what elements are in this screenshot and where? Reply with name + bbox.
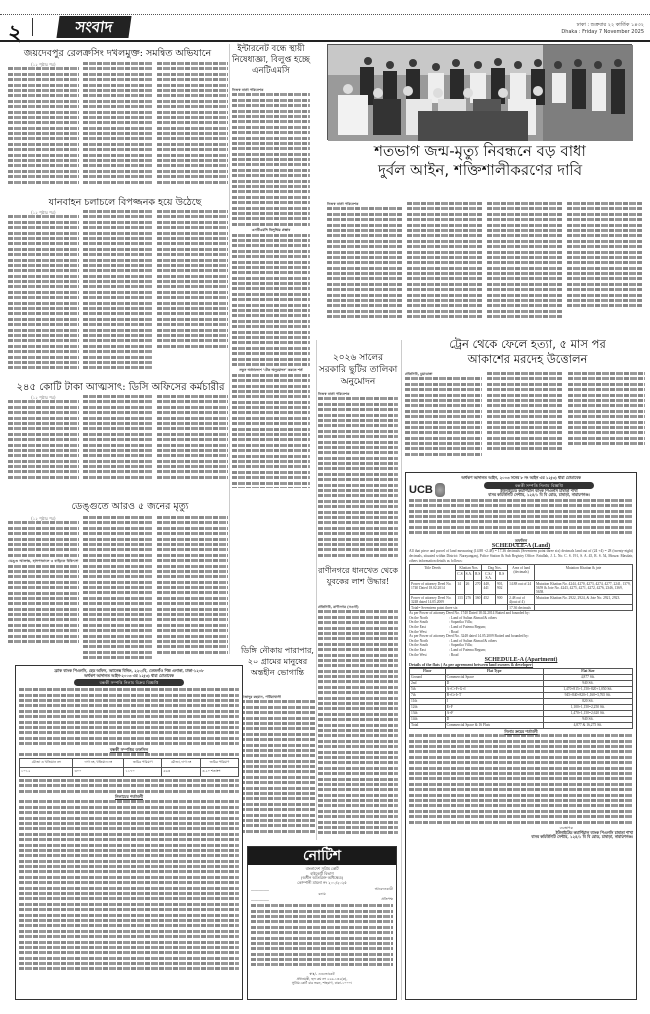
table-cell: 26 [464,581,473,595]
boundary-list: On the North: Land of Sultan Ahmad & oth… [409,639,633,657]
date-bangla: ঢাকা : শুক্রবার ২২ কার্তিক ১৪৩২ [561,22,644,29]
headline-rani: রাণীনগরে ধানখেত থেকে যুবকের লাশ উদ্ধার! [318,565,398,587]
signatory-address: বাসর কমিউনিটি সেন্টার, ১২৫/১ বি বি রোড, … [409,835,633,840]
text-column [487,372,564,464]
text-column [407,202,482,327]
notice-law: অর্থঋণ আদালত আইন-২০০৩ এর ১২(৩) ধারা মোতা… [19,674,239,679]
text-column [157,516,228,666]
text-column: নিজস্ব বার্তা পরিবেশক [327,202,402,327]
headline-line-1: ট্রেন থেকে ফেলে হত্যা, ৫ মাস পর [410,337,645,352]
table-cell [535,605,633,611]
ucb-logo-icon [435,483,445,497]
table-cell: Mutation Khatian No. 4244, 4270, 4273, 4… [535,581,633,595]
article-rani-body: প্রতিনিধি, রাণীনগর (নওগাঁ) [318,605,398,845]
table-cell: 452 [482,595,496,605]
party-label: আবেদনকারী [375,887,393,892]
headline-train: ট্রেন থেকে ফেলে হত্যা, ৫ মাস পর আকাশের ম… [410,337,645,367]
table-cell: Commercial Space & 16 Flats [445,722,543,728]
ucb-logo: UCB [409,484,435,496]
notice-court: নোটিশ বাংলাদেশ সুপ্রিম কোর্ট হাইকোর্ট বি… [247,846,397,1000]
table-header: দাগ নং, খতিয়ান নং [73,758,124,767]
apartment-table: Floor Flat Type Flat Size GroundCommerci… [409,668,633,729]
group-photo [327,44,632,140]
column-rule [229,44,230,654]
masthead-dotted-rule [0,14,650,15]
text-column: (১২ পৃষ্ঠার পর)ডেঙ্গু আক্রান্ত, হাসপাতাল… [8,516,79,666]
table-subheader: C.S./ S.A. [482,571,496,581]
table-header: জমির পরিমাণ [201,758,239,767]
table-subheader: R.S [474,571,482,581]
text-column [568,372,645,464]
table-row: TotalCommercial Space & 16 Flats4,877 & … [410,722,633,728]
party-name-blank: __________ [251,887,269,892]
boundary-value: : Road [449,653,458,658]
notice-banner: বন্ধকী সম্পত্তি নিলাম বিক্রয় বিজ্ঞপ্তি [74,679,184,686]
table-cell: Total= Seventeen point three six [410,605,508,611]
table-cell: 2.48 out of 4(out of 4) [508,595,535,605]
table-cell: Power of attorney Deed No. 1740 Dated 18… [410,581,456,595]
text-column: (১২ পৃষ্ঠার পর) [8,395,79,487]
notice-brac-auction: ব্র্যাক ব্যাংক পিএলসি, হেড অফিস, অ্যানেক… [15,665,243,1000]
table-cell: 17.36 decimals [508,605,535,611]
terms-body [409,734,633,826]
table-cell: ৫৬৩ [162,767,201,776]
article-dengue-body: (১২ পৃষ্ঠার পর)ডেঙ্গু আক্রান্ত, হাসপাতাল… [8,516,228,666]
text-column [157,62,228,192]
table-cell: 14.88 out of 24 [508,581,535,595]
text-column [157,395,228,487]
table-cell: 901, 902 [495,581,507,595]
table-header: Mutation Khatian & jote [535,565,633,581]
article-vehicles-body: (১২ পৃষ্ঠার পর) [8,210,228,375]
table-cell: 270 [474,581,482,595]
table-cell: 14 [456,581,464,595]
headline-line-2: আকাশের মরদেহ উত্তোলন [410,352,645,367]
article-joydevpur-body: (১২ পৃষ্ঠার পর) [8,62,228,192]
party-name-blank: __________ [251,897,269,902]
text-column: (১২ পৃষ্ঠার পর) [8,62,79,192]
table-cell: 440, 441 [482,581,496,595]
land-schedule-table: Title Deeds Khatian Nos. Dag Nos. Area o… [409,564,633,611]
article-train-body: প্রতিনিধি, চুয়াডাঙ্গা [405,372,645,464]
article-boat-body: আজাদুর রহমান, পটিয়াখালী [240,695,315,845]
notice-law: অর্থঋণ আদালত আইন, ২০০৩ সনের ৮ নং আইন এর … [409,476,633,481]
headline-line-1: শতভাগ জন্ম-মৃত্যু নিবন্ধনে বড় বাধা [330,142,630,161]
case-number: কোম্পানী মামলা নং ২০০/২০২৫ [251,881,393,886]
headline-holidays: ২০২৬ সালের সরকারি ছুটির তালিকা অনুমোদন [318,352,398,388]
table-cell: ৩.২০ শতাংশ [201,767,239,776]
notice-title: নোটিশ [248,847,396,865]
text-column: প্রতিনিধি, চুয়াডাঙ্গা [405,372,482,464]
table-row: ১০১২ ৩০০ ১১৭০ ৫৬৩ ৩.২০ শতাংশ [20,767,239,776]
boundary-side: On the West [409,653,449,658]
text-column [83,395,154,487]
table-cell: ১১৭০ [124,767,162,776]
table-cell: Total [410,722,446,728]
text-column [83,516,154,666]
headline-line-2: দুর্বল আইন, শক্তিশালীকরণের দাবি [330,161,630,180]
text-column: (১২ পৃষ্ঠার পর) [8,210,79,375]
table-header: Area of land (decimals) [508,565,535,581]
bank-address: বাসর কমিউনিটি সেন্টার, ১২৫/১ বি বি রোড, … [445,493,633,498]
table-subheader: S.A. [464,571,473,581]
text-column [567,202,642,327]
headline-dengue: ডেঙ্গুতে আরও ৫ জনের মৃত্যু [60,500,200,515]
table-cell: 276 [464,595,473,605]
table-header: জমির পরিমাণ [124,758,162,767]
headline-joydevpur: জয়দেবপুর রেলক্রসিং দখলমুক্ত: সমন্বিত অভ… [10,47,225,62]
party-line-2: __________প্রতিপক্ষ [251,897,393,902]
headline-internet: ইন্টারনেট বন্ধে স্থায়ী নিষেধাজ্ঞা, বিলু… [232,44,310,77]
column-rule [401,340,402,1000]
dateline: ঢাকা : শুক্রবার ২২ কার্তিক ১৪৩২ Dhaka : … [561,22,644,36]
article-birth-death-body: নিজস্ব বার্তা পরিবেশক [327,202,642,327]
table-row: Power of attorney Deed No. 3248 dated 14… [410,595,633,605]
table-cell: 133 [456,595,464,605]
notice-ucb-auction: অর্থঋণ আদালত আইন, ২০০৩ সনের ৮ নং আইন এর … [405,472,637,1000]
table-header: Title Deeds [410,565,456,581]
table-cell: Mutation Khatian No. 2922, 2924, & Jote … [535,595,633,605]
text-column [487,202,562,327]
table-total-row: Total= Seventeen point three six 17.36 d… [410,605,633,611]
masthead-divider [32,18,33,36]
masthead-rule [0,40,650,42]
article-holidays-body: নিজস্ব বার্তা পরিবেশক [318,392,398,562]
notice-intro [409,499,633,539]
article-embezzlement-body: (১২ পৃষ্ঠার পর) [8,395,228,487]
table-cell: ১০১২ [20,767,73,776]
column-rule [316,340,317,840]
boundary-list: On the North: Land of Sultan Ahmad & oth… [409,616,633,634]
terms-body [19,800,239,975]
newspaper-logo: সংবাদ [56,16,131,38]
text-column [83,62,154,192]
text-column [157,210,228,375]
article-internet-body: নিজস্ব বার্তা পরিবেশক এনটিএমসি বিলুপ্তির… [232,88,310,488]
table-header: মৌজা, দাগ নং [162,758,201,767]
table-row: Power of attorney Deed No. 1740 Dated 18… [410,581,633,595]
party-label: প্রতিপক্ষ [381,897,393,902]
headline-birth-death: শতভাগ জন্ম-মৃত্যু নিবন্ধনে বড় বাধা দুর্… [330,142,630,180]
headline-boat: ডিঙ্গি নৌকায় পারাপার, ২০ গ্রামের মানুষে… [240,645,315,678]
table-cell: ৩০০ [73,767,124,776]
text-column [83,210,154,375]
table-cell: 4,877 & 16,275 Sft. [543,722,632,728]
notice-intro [19,688,239,748]
headline-vehicles: যানবাহন চলাচলে বিপজ্জনক হয়ে উঠেছে [30,196,220,211]
date-english: Dhaka : Friday 7 November 2025 [561,29,644,36]
terms-title: নিলামের শর্তাবলী [19,795,239,800]
table-subheader: R.S [495,571,507,581]
table-cell: Power of attorney Deed No. 3248 dated 14… [410,595,456,605]
table-subheader: C.S [456,571,464,581]
schedule-land-text: All that piece and parcel of land measur… [409,549,633,563]
notice-body [251,904,393,972]
table-header: মৌজা ও খতিয়ান নং [20,758,73,767]
signature-address: সুপ্রিম কোর্ট বার ভবন, শাহবাগ, ঢাকা-১০০০… [251,981,393,986]
people-photo-icon [328,45,633,141]
text-block [19,779,239,795]
table-cell: 360 [474,595,482,605]
table-cell: 900 [495,595,507,605]
brac-schedule-table: মৌজা ও খতিয়ান নং দাগ নং, খতিয়ান নং জমি… [19,758,239,777]
